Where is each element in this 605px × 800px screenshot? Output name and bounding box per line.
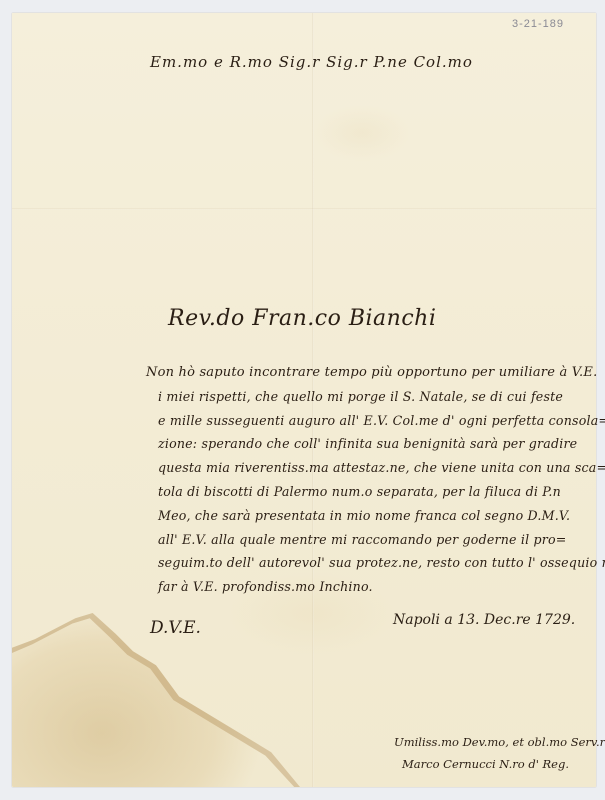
water-stain bbox=[12, 613, 300, 787]
signature-name: Marco Cernucci N.ro d' Reg. bbox=[402, 757, 569, 771]
addressee-name: Rev.do Fran.co Bianchi bbox=[168, 306, 436, 331]
closing-abbreviation: D.V.E. bbox=[150, 618, 201, 638]
salutation-heading: Em.mo e R.mo Sig.r Sig.r P.ne Col.mo bbox=[150, 53, 473, 71]
body-line: i miei rispetti, che quello mi porge il … bbox=[158, 385, 598, 409]
signature-formula: Umiliss.mo Dev.mo, et obl.mo Serv.re e S… bbox=[394, 735, 605, 749]
body-line: zione: sperando che coll' infinita sua b… bbox=[158, 432, 598, 456]
body-line: tola di biscotti di Palermo num.o separa… bbox=[158, 480, 598, 504]
letter-body: Non hò saputo incontrare tempo più oppor… bbox=[158, 361, 598, 599]
body-line: questa mia riverentiss.ma attestaz.ne, c… bbox=[158, 456, 598, 480]
body-line: far à V.E. profondiss.mo Inchino. bbox=[158, 575, 598, 599]
body-line: Meo, che sarà presentata in mio nome fra… bbox=[158, 504, 598, 528]
archive-number: 3-21-189 bbox=[512, 18, 564, 30]
body-line: e mille susseguenti auguro all' E.V. Col… bbox=[158, 409, 598, 433]
body-line: all' E.V. alla quale mentre mi raccomand… bbox=[158, 528, 598, 552]
body-line: Non hò saputo incontrare tempo più oppor… bbox=[146, 361, 598, 385]
body-line: seguim.to dell' autorevol' sua protez.ne… bbox=[158, 551, 598, 575]
horizontal-fold-crease bbox=[12, 208, 596, 210]
date-line: Napoli a 13. Dec.re 1729. bbox=[393, 612, 575, 628]
